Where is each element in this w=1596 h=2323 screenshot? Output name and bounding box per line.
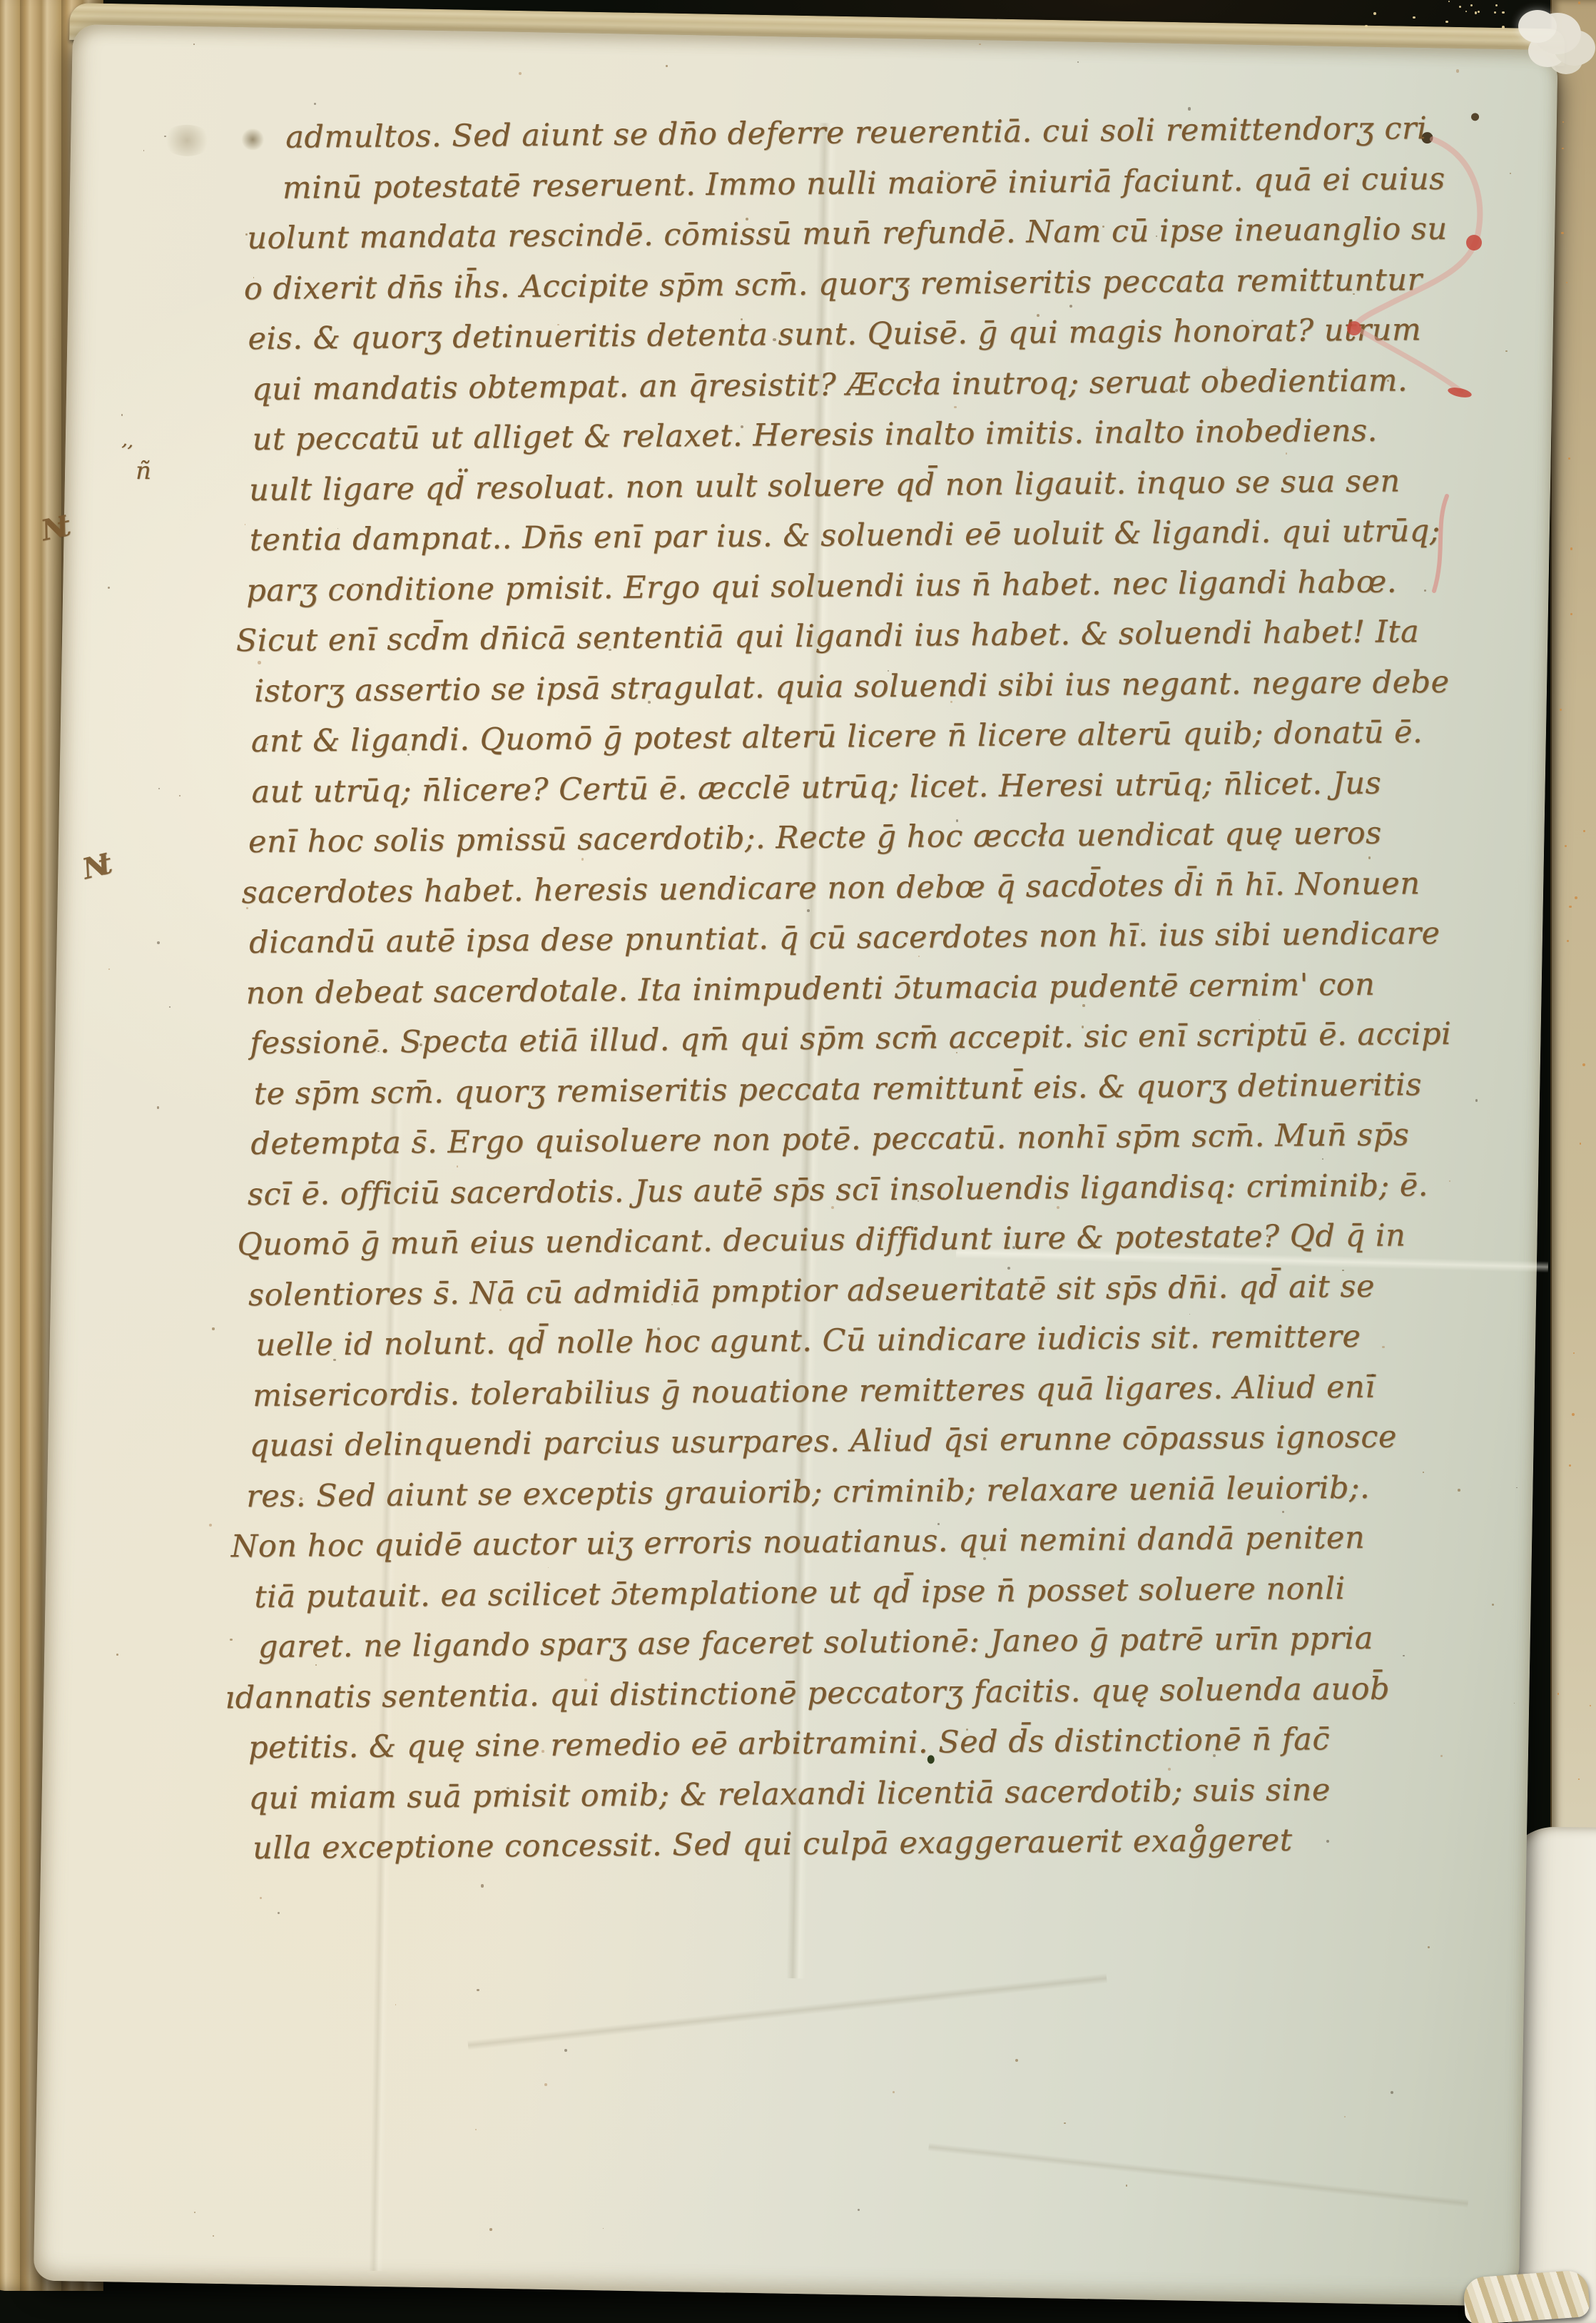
dirt-speck [746, 218, 748, 221]
dirt-speck [1382, 1346, 1384, 1348]
text-line: non debeat sacerdotale. Ita inimpudenti … [245, 958, 1453, 1018]
dirt-speck [942, 1197, 945, 1199]
dirt-speck [278, 1912, 280, 1914]
dirt-speck [1403, 1140, 1406, 1143]
dirt-speck [267, 744, 268, 745]
dirt-speck [937, 1523, 940, 1525]
dirt-speck [1156, 236, 1157, 237]
text-line: Quomō ḡ mun̄ eius uendicant. decuius dif… [237, 1210, 1455, 1270]
dirt-speck [858, 2209, 860, 2211]
text-line: tentia dampnat.. Dn̄s enī par ius. & sol… [249, 506, 1450, 566]
dirt-speck [1440, 1755, 1443, 1757]
dirt-speck [209, 1524, 212, 1527]
dirt-speck [420, 1043, 422, 1046]
dirt-speck [666, 65, 667, 66]
dirt-speck [1259, 1019, 1260, 1021]
dirt-speck [1048, 1038, 1049, 1039]
dirt-speck [466, 686, 469, 689]
dirt-speck [300, 1497, 303, 1500]
text-line: te sp̄m scm̄. quorʒ remiseritis peccata … [254, 1059, 1455, 1119]
dirt-speck [542, 1750, 544, 1752]
text-line: garet. ne ligando sparʒ ase faceret solu… [258, 1613, 1459, 1673]
dirt-speck [1495, 4, 1498, 7]
dirt-speck [1566, 282, 1567, 283]
dirt-speck [1570, 547, 1573, 550]
dirt-speck [481, 1884, 484, 1887]
dirt-speck [1344, 2116, 1346, 2117]
dirt-speck [1154, 183, 1157, 185]
dirt-speck [918, 956, 920, 957]
dirt-speck [1126, 2185, 1127, 2186]
text-line: res. Sed aiunt se exceptis grauiorib; cr… [246, 1462, 1458, 1522]
dirt-speck [1342, 1270, 1343, 1271]
text-line: qui mandatis obtempat. an q̄resistit? Æc… [252, 355, 1449, 415]
text-line: scī ē. officiū sacerdotis. Jus autē sp̄s… [248, 1160, 1455, 1220]
text-line: uolunt mandata rescindē. cōmissū mun̄ re… [247, 204, 1448, 264]
dirt-speck [457, 1165, 459, 1168]
dirt-speck [212, 1327, 214, 1330]
dirt-speck [1475, 11, 1477, 14]
dirt-speck [1373, 12, 1376, 15]
text-line: qui miam suā pmisit omib; & relaxandi li… [248, 1763, 1460, 1823]
dirt-speck [1502, 11, 1505, 14]
text-line: misericordis. tolerabilius ḡ nouatione r… [253, 1361, 1457, 1421]
dirt-speck [158, 788, 160, 789]
dirt-speck [457, 1541, 459, 1544]
dirt-speck [1569, 1464, 1571, 1467]
text-line: ant & ligandi. Quomō ḡ potest alterū lic… [251, 707, 1452, 767]
dirt-speck [1012, 186, 1014, 188]
dirt-speck [246, 907, 248, 909]
dirt-speck [1445, 21, 1448, 24]
dirt-speck [1175, 389, 1178, 392]
manuscript-photo: admultos. Sed aiunt se dn̄o deferre reue… [0, 0, 1596, 2323]
parchment-wrinkle [467, 1973, 1107, 2050]
dirt-speck [1456, 69, 1459, 72]
text-line: quasi delinquendi parcius usurpares. Ali… [249, 1412, 1457, 1472]
dirt-speck [1458, 1489, 1460, 1492]
dirt-speck [108, 968, 110, 970]
dirt-speck [741, 318, 743, 320]
dirt-speck [908, 285, 910, 287]
dirt-speck [179, 795, 181, 796]
dirt-speck [1449, 1180, 1450, 1182]
dirt-speck [1413, 16, 1415, 19]
text-line: o dixerit dn̄s ih̄s. Accipite sp̄m scm̄.… [244, 254, 1448, 314]
text-line: petitis. & quę sine remedio eē arbitrami… [248, 1714, 1460, 1773]
dirt-speck [213, 2235, 214, 2237]
text-line: ulla exceptione concessit. Sed qui culpā… [253, 1814, 1460, 1874]
dirt-speck [1578, 1778, 1580, 1780]
dirt-speck [989, 1183, 991, 1185]
dirt-speck [121, 414, 123, 415]
dirt-speck [1007, 1267, 1010, 1270]
parchment-wrinkle [928, 2142, 1468, 2207]
text-line: Non hoc quidē auctor uiʒ erroris nouatia… [231, 1512, 1458, 1572]
text-block: admultos. Sed aiunt se dn̄o deferre reue… [246, 103, 1460, 1874]
dirt-speck [1459, 6, 1461, 8]
dirt-speck [1082, 1004, 1085, 1007]
dirt-speck [1502, 26, 1505, 29]
stain [162, 124, 213, 156]
dirt-speck [1423, 1472, 1424, 1473]
dirt-speck [956, 819, 959, 822]
dirt-speck [893, 2091, 895, 2093]
dirt-speck [268, 396, 271, 399]
text-line: istorʒ assertio se ipsā stragulat. quia … [254, 657, 1451, 717]
dirt-speck [1403, 1655, 1405, 1657]
dirt-speck [584, 1679, 587, 1681]
text-line: minū potestatē reseruent. Immo nulli mai… [283, 153, 1448, 213]
text-line: parʒ conditione pmisit. Ergo qui soluend… [246, 556, 1450, 616]
dirt-speck [489, 2228, 492, 2230]
dirt-speck [1368, 856, 1371, 859]
dirt-speck [1372, 1088, 1374, 1090]
dirt-speck [407, 754, 410, 756]
dirt-speck [1087, 1494, 1090, 1497]
text-line: eis. & quorʒ detinueritis detenta sunt. … [248, 305, 1448, 365]
dirt-speck [1063, 739, 1065, 742]
dirt-speck [477, 1989, 479, 1991]
dirt-speck [1168, 1768, 1171, 1771]
text-line: fessionē. Specta etiā illud. qm̄ qui sp̄… [250, 1009, 1454, 1069]
dirt-speck [333, 1359, 335, 1361]
dirt-speck [1567, 940, 1569, 942]
text-line: enī hoc solis pmissū sacerdotib;. Recte … [248, 808, 1453, 868]
text-line: ıdannatis sententia. qui distinctionē pe… [225, 1663, 1459, 1723]
dirt-speck [882, 390, 884, 392]
dirt-speck [260, 1897, 262, 1899]
red-pigment-margin-mark [1327, 114, 1562, 628]
dirt-speck [831, 1206, 834, 1209]
text-line: uelle id nolunt. qd̄ nolle hoc agunt. Cū… [255, 1311, 1456, 1371]
text-line: tiā putauit. ea scilicet ɔ̄templatione u… [254, 1562, 1458, 1622]
bookmark-tuft [1518, 10, 1557, 43]
dirt-speck [1470, 4, 1473, 6]
text-line: ut peccatū ut alliget & relaxet. Heresis… [252, 405, 1449, 465]
dirt-speck [1573, 1352, 1575, 1354]
dirt-speck [1266, 1235, 1269, 1237]
text-line: detempta s̄. Ergo quisoluere non potē. p… [250, 1110, 1455, 1170]
dirt-speck [956, 1052, 957, 1053]
dirt-speck [1505, 350, 1507, 352]
dirt-speck [169, 1006, 171, 1008]
dirt-speck [1387, 380, 1389, 382]
dirt-speck [157, 1106, 159, 1108]
dirt-speck [1582, 1063, 1585, 1066]
text-line: admultos. Sed aiunt se dn̄o deferre reue… [285, 103, 1447, 163]
dirt-speck [564, 2049, 567, 2052]
dirt-speck [1057, 1206, 1059, 1209]
dirt-speck [1560, 709, 1562, 711]
text-line: aut utrūq; n̄licere? Certū ē. æcclē utrū… [251, 757, 1452, 817]
dirt-speck [557, 324, 559, 325]
dirt-speck [645, 1141, 646, 1143]
dirt-speck [1557, 1693, 1560, 1695]
dirt-speck [773, 338, 776, 341]
dirt-speck [1424, 589, 1426, 592]
margin-n-abbreviation: ñ [136, 457, 151, 485]
dirt-speck [544, 2083, 547, 2086]
dirt-speck [1069, 305, 1072, 308]
dirt-speck [1226, 366, 1228, 368]
dirt-speck [362, 583, 364, 585]
dirt-speck [1188, 107, 1191, 110]
text-line: sacerdotes habet. heresis uendicare non … [241, 858, 1453, 918]
dirt-speck [258, 661, 260, 664]
dirt-speck [1141, 929, 1142, 931]
dirt-speck [1465, 11, 1467, 12]
dirt-speck [1568, 457, 1570, 460]
dirt-speck [1494, 11, 1496, 14]
dirt-speck [1353, 293, 1354, 295]
endband-braid [1463, 2269, 1590, 2323]
dirt-speck [1448, 1, 1450, 2]
dirt-speck [966, 1729, 968, 1731]
dirt-speck [1561, 232, 1563, 234]
dirt-speck [581, 858, 584, 861]
dirt-speck [1037, 1280, 1039, 1282]
dirt-speck [1478, 11, 1480, 13]
text-line: uult ligare qd̈ resoluat. non uult solue… [249, 455, 1450, 515]
dirt-speck [1286, 452, 1287, 454]
text-line: Sicut enī scd̄m dn̄icā sententiā qui lig… [236, 607, 1451, 667]
text-line: solentiores s̄. Nā cū admidiā pmptior ad… [248, 1260, 1456, 1320]
dirt-speck [116, 1654, 118, 1656]
dirt-speck [1475, 1099, 1478, 1102]
text-line: dicandū autē ipsa dese pnuntiat. q̄ cū s… [249, 909, 1453, 968]
dirt-speck [157, 941, 160, 944]
dirt-speck [1012, 1246, 1015, 1249]
